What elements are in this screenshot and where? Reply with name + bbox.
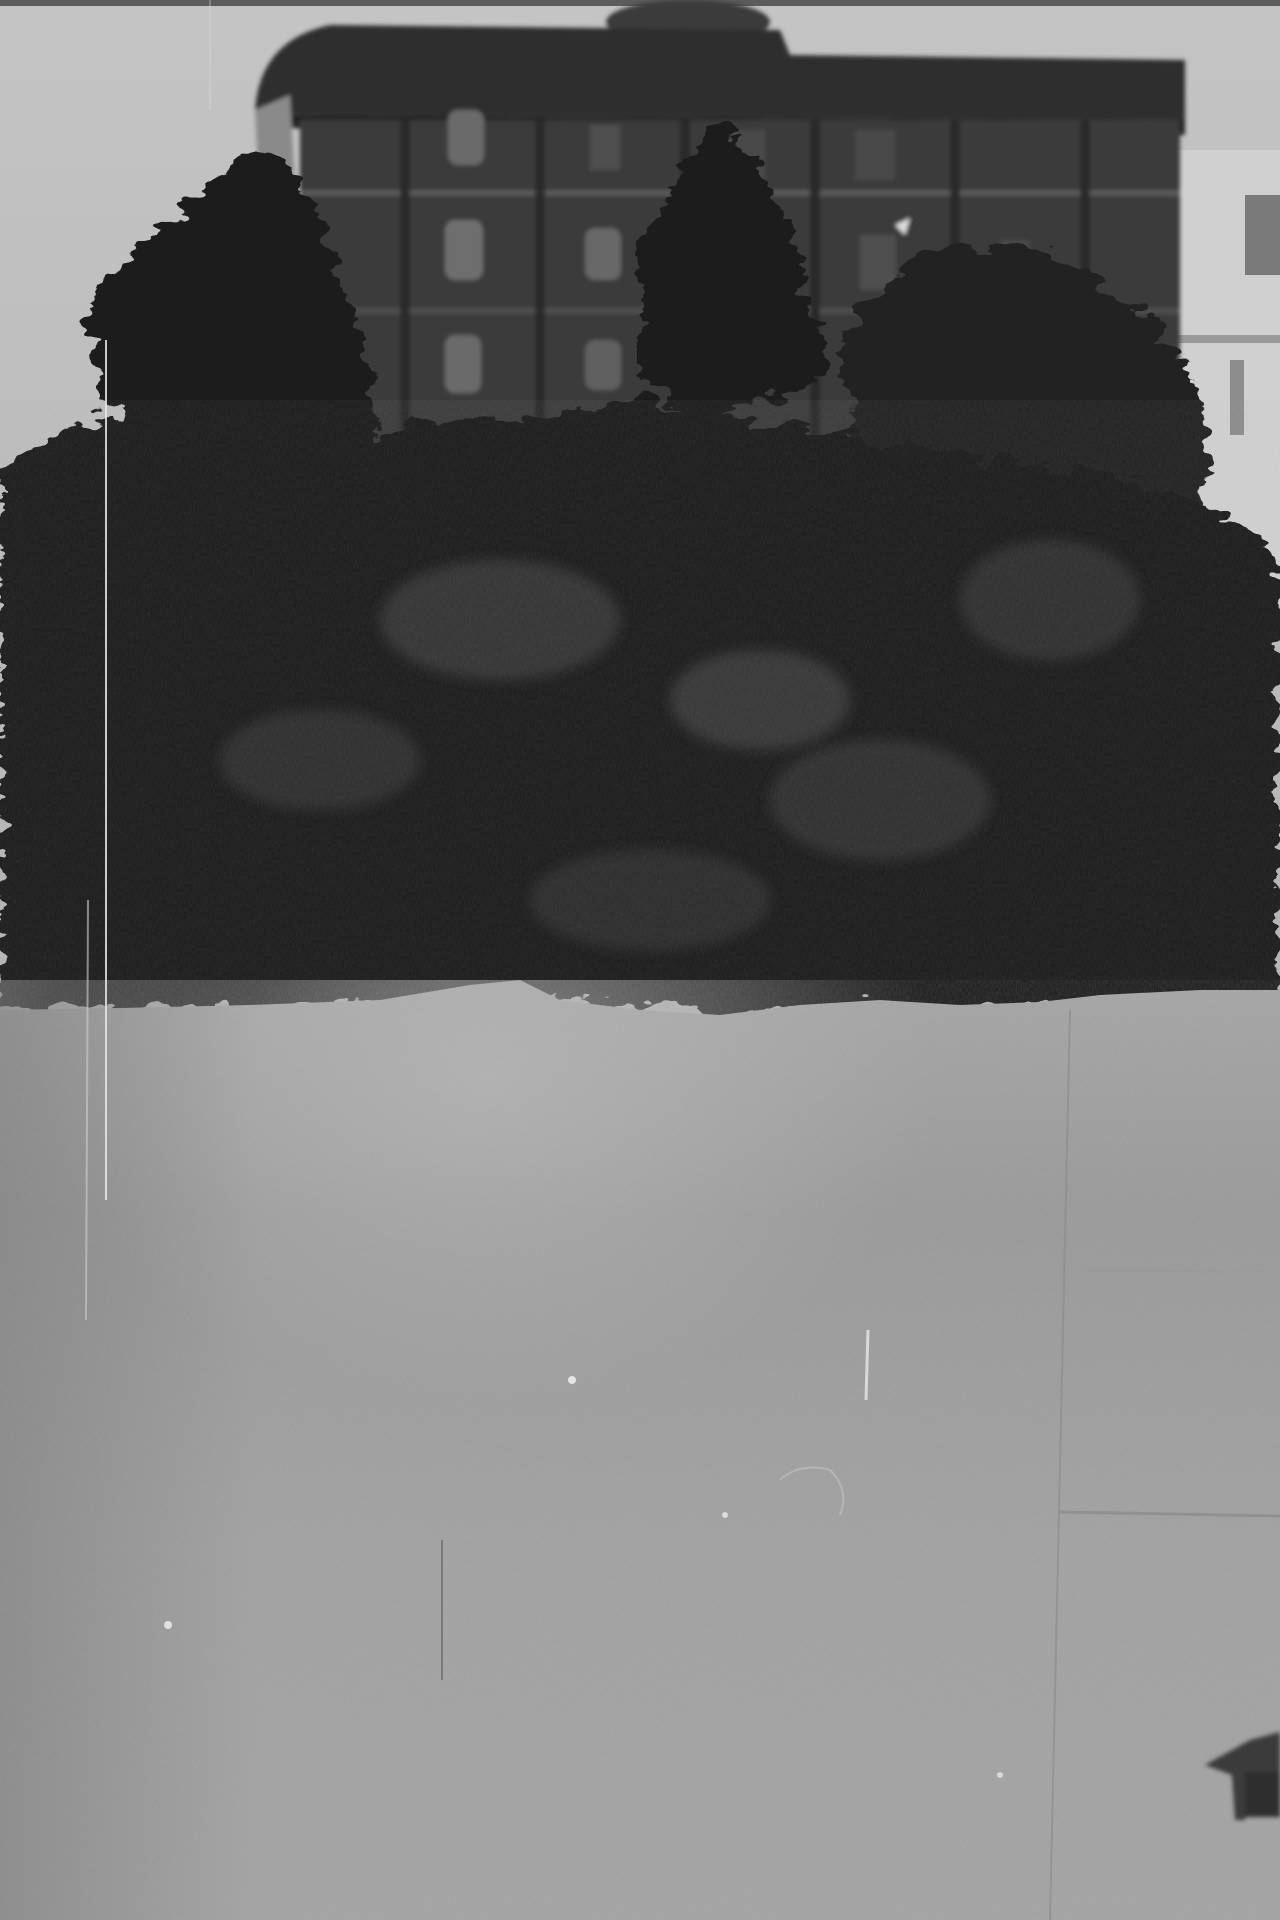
tree-grain (0, 400, 1280, 1020)
photo-scene: Multi-story building with a dark cornice… (0, 0, 1280, 1920)
photo-canvas (0, 0, 1280, 1920)
ground-grain (0, 980, 1280, 1920)
